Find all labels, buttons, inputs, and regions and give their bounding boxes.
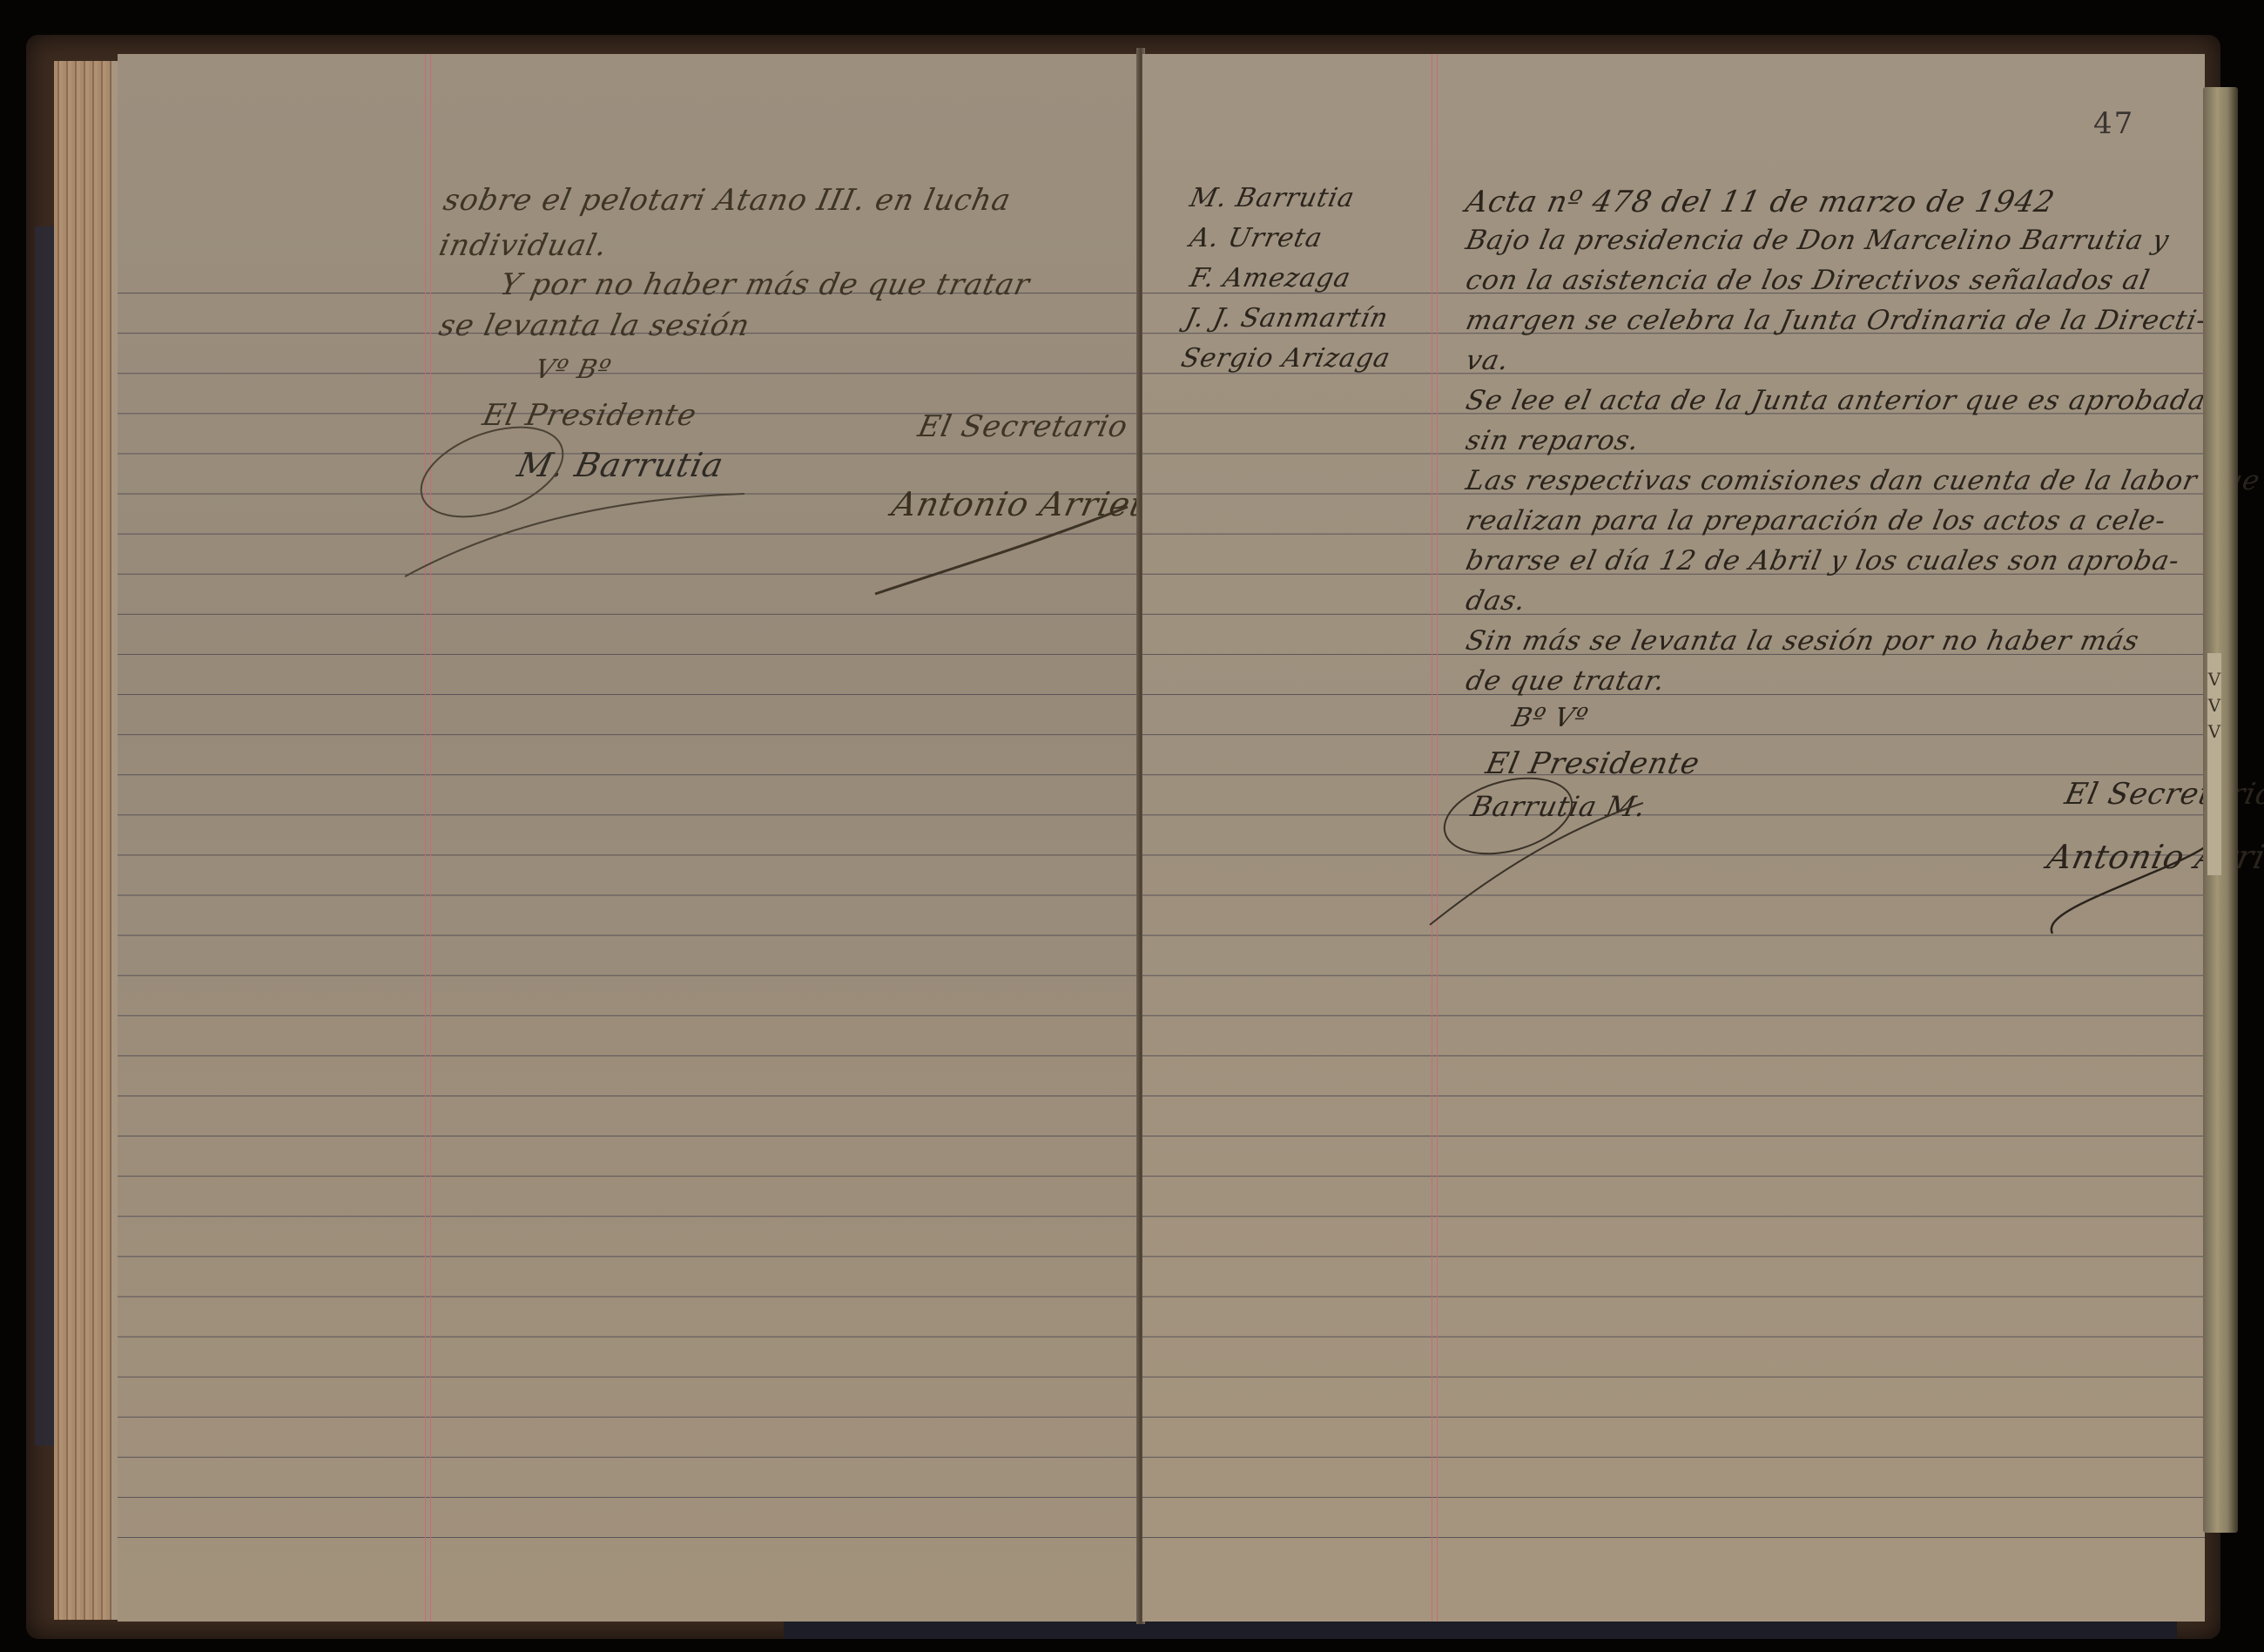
- body-line: das.: [1463, 585, 1529, 617]
- secretary-signature: Antonio Arrieta: [888, 485, 1169, 523]
- page-edge-tabs: V V V: [2203, 87, 2238, 1533]
- right-page: 47 M. Barrutia A. Urreta F. Amezaga J. J…: [1142, 54, 2205, 1622]
- body-line: brarse el día 12 de Abril y los cuales s…: [1463, 545, 2183, 577]
- left-page: sobre el pelotari Atano III. en lucha in…: [118, 54, 1141, 1622]
- minutes-heading: Acta nº 478 del 11 de marzo de 1942: [1463, 185, 2058, 219]
- attendee: F. Amezaga: [1187, 263, 1353, 293]
- approval-mark: Bº Vº: [1509, 703, 1591, 733]
- president-signature: Barrutia M.: [1468, 790, 1649, 823]
- body-line: sin reparos.: [1463, 425, 1642, 456]
- attendee: J. J. Sanmartín: [1183, 303, 1391, 334]
- tab-letter: V: [2207, 718, 2221, 745]
- president-label: El Presidente: [480, 398, 700, 433]
- cover-cloth-bottom: [784, 1620, 2177, 1639]
- body-line: Sin más se levanta la sesión por no habe…: [1463, 625, 2142, 657]
- body-line: de que tratar.: [1463, 665, 1668, 697]
- president-label: El Presidente: [1483, 746, 1703, 781]
- body-line: Las respectivas comisiones dan cuenta de…: [1463, 465, 2263, 496]
- body-line: sobre el pelotari Atano III. en lucha: [441, 183, 1014, 218]
- body-line: Y por no haber más de que tratar: [497, 267, 1034, 302]
- body-line: Bajo la presidencia de Don Marcelino Bar…: [1463, 225, 2172, 256]
- body-line: se levanta la sesión: [436, 308, 753, 343]
- tab-letter: V: [2207, 666, 2221, 692]
- body-line: margen se celebra la Junta Ordinaria de …: [1463, 305, 2210, 336]
- attendee: Sergio Arizaga: [1178, 343, 1393, 374]
- margin-rule: [425, 54, 431, 1622]
- body-line: individual.: [436, 228, 611, 263]
- page-number: 47: [2093, 106, 2134, 141]
- body-line: va.: [1463, 345, 1513, 376]
- attendee: M. Barrutia: [1187, 183, 1358, 213]
- margin-rule: [1432, 54, 1438, 1622]
- tab-letter: V: [2207, 692, 2221, 718]
- tab-strip: V V V: [2207, 653, 2221, 875]
- secretary-label: El Secretario: [915, 409, 1131, 444]
- body-line: Se lee el acta de la Junta anterior que …: [1463, 385, 2209, 416]
- president-signature: M. Barrutia: [514, 446, 727, 484]
- body-line: realizan para la preparación de los acto…: [1463, 505, 2169, 536]
- ruled-lines: [1142, 253, 2205, 1569]
- attendee: A. Urreta: [1187, 223, 1325, 253]
- approval-mark: Vº Bº: [532, 354, 614, 385]
- body-line: con la asistencia de los Directivos seña…: [1463, 265, 2153, 296]
- page-edges-left: [54, 61, 119, 1620]
